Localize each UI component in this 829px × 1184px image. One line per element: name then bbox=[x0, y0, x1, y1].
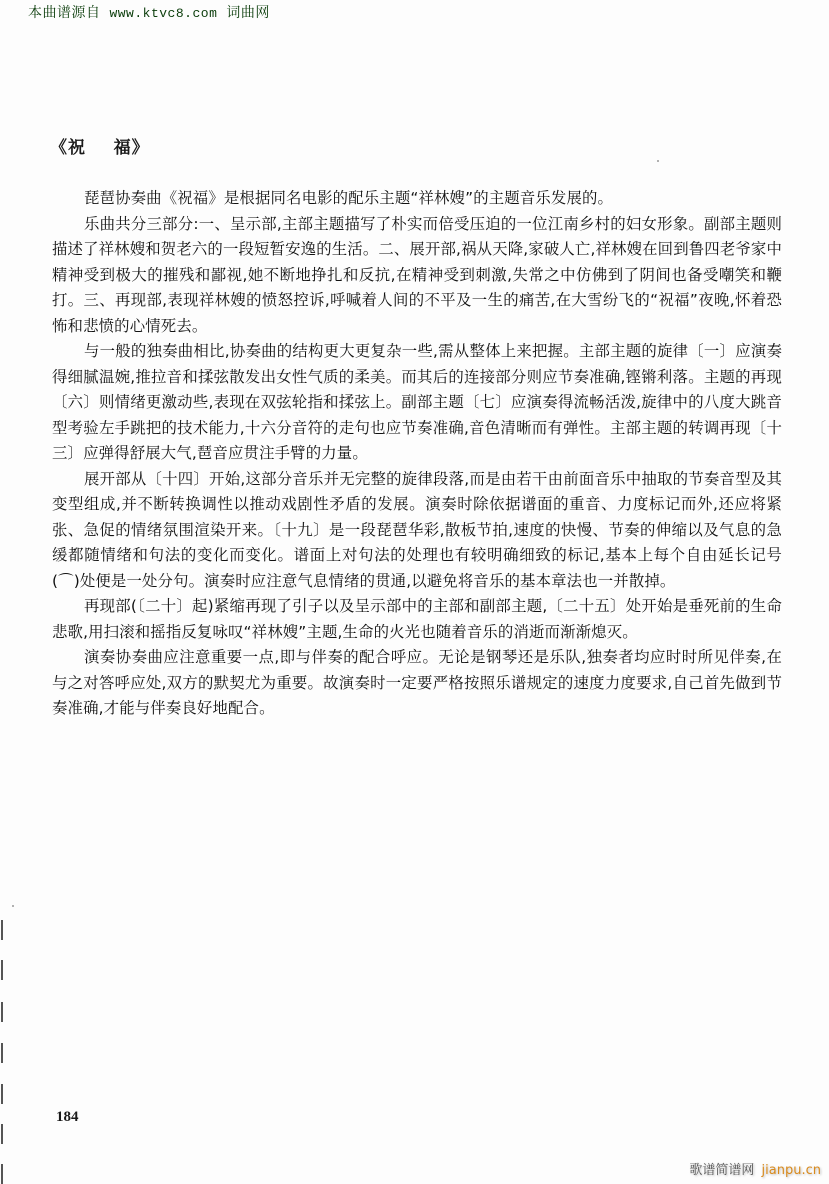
paragraph-structure: 乐曲共分三部分:一、呈示部,主部主题描写了朴实而倍受压迫的一位江南乡村的妇女形象… bbox=[52, 212, 782, 340]
source-banner-suffix: 词曲网 bbox=[226, 5, 270, 21]
scan-edge-marks bbox=[1, 920, 7, 1180]
edge-mark bbox=[1, 1002, 3, 1022]
edge-mark bbox=[1, 1124, 3, 1144]
paragraph-development-notes: 展开部从〔十四〕开始,这部分音乐并无完整的旋律段落,而是由若干由前面音乐中抽取的… bbox=[52, 467, 782, 595]
scan-speck bbox=[12, 905, 14, 907]
watermark: 歌谱简谱网 jianpu.cn bbox=[689, 1159, 821, 1178]
edge-mark bbox=[1, 1043, 3, 1063]
edge-mark bbox=[1, 920, 3, 940]
paragraph-recapitulation-notes: 再现部(〔二十〕起)紧缩再现了引子以及呈示部中的主部和副部主题,〔二十五〕处开始… bbox=[52, 594, 782, 645]
edge-mark bbox=[1, 1084, 3, 1104]
edge-mark bbox=[1, 1164, 3, 1184]
source-banner-url[interactable]: www.ktvc8.com bbox=[109, 6, 217, 21]
scan-speck bbox=[657, 160, 659, 162]
watermark-site-name: 歌谱简谱网 bbox=[689, 1163, 754, 1178]
edge-mark bbox=[1, 960, 3, 980]
watermark-domain[interactable]: jianpu.cn bbox=[762, 1163, 821, 1178]
paragraph-intro: 琵琶协奏曲《祝福》是根据同名电影的配乐主题“祥林嫂”的主题音乐发展的。 bbox=[52, 186, 782, 212]
paragraph-exposition-notes: 与一般的独奏曲相比,协奏曲的结构更大更复杂一些,需从整体上来把握。主部主题的旋律… bbox=[52, 339, 782, 467]
article-body: 琵琶协奏曲《祝福》是根据同名电影的配乐主题“祥林嫂”的主题音乐发展的。 乐曲共分… bbox=[52, 186, 782, 722]
page-number: 184 bbox=[56, 1109, 79, 1126]
paragraph-accompaniment-notes: 演奏协奏曲应注意重要一点,即与伴奏的配合呼应。无论是钢琴还是乐队,独奏者均应时时… bbox=[52, 645, 782, 722]
source-banner-prefix: 本曲谱源自 bbox=[28, 5, 101, 21]
source-banner: 本曲谱源自 www.ktvc8.com 词曲网 bbox=[28, 2, 270, 22]
piece-title: 《祝 福》 bbox=[50, 133, 150, 158]
